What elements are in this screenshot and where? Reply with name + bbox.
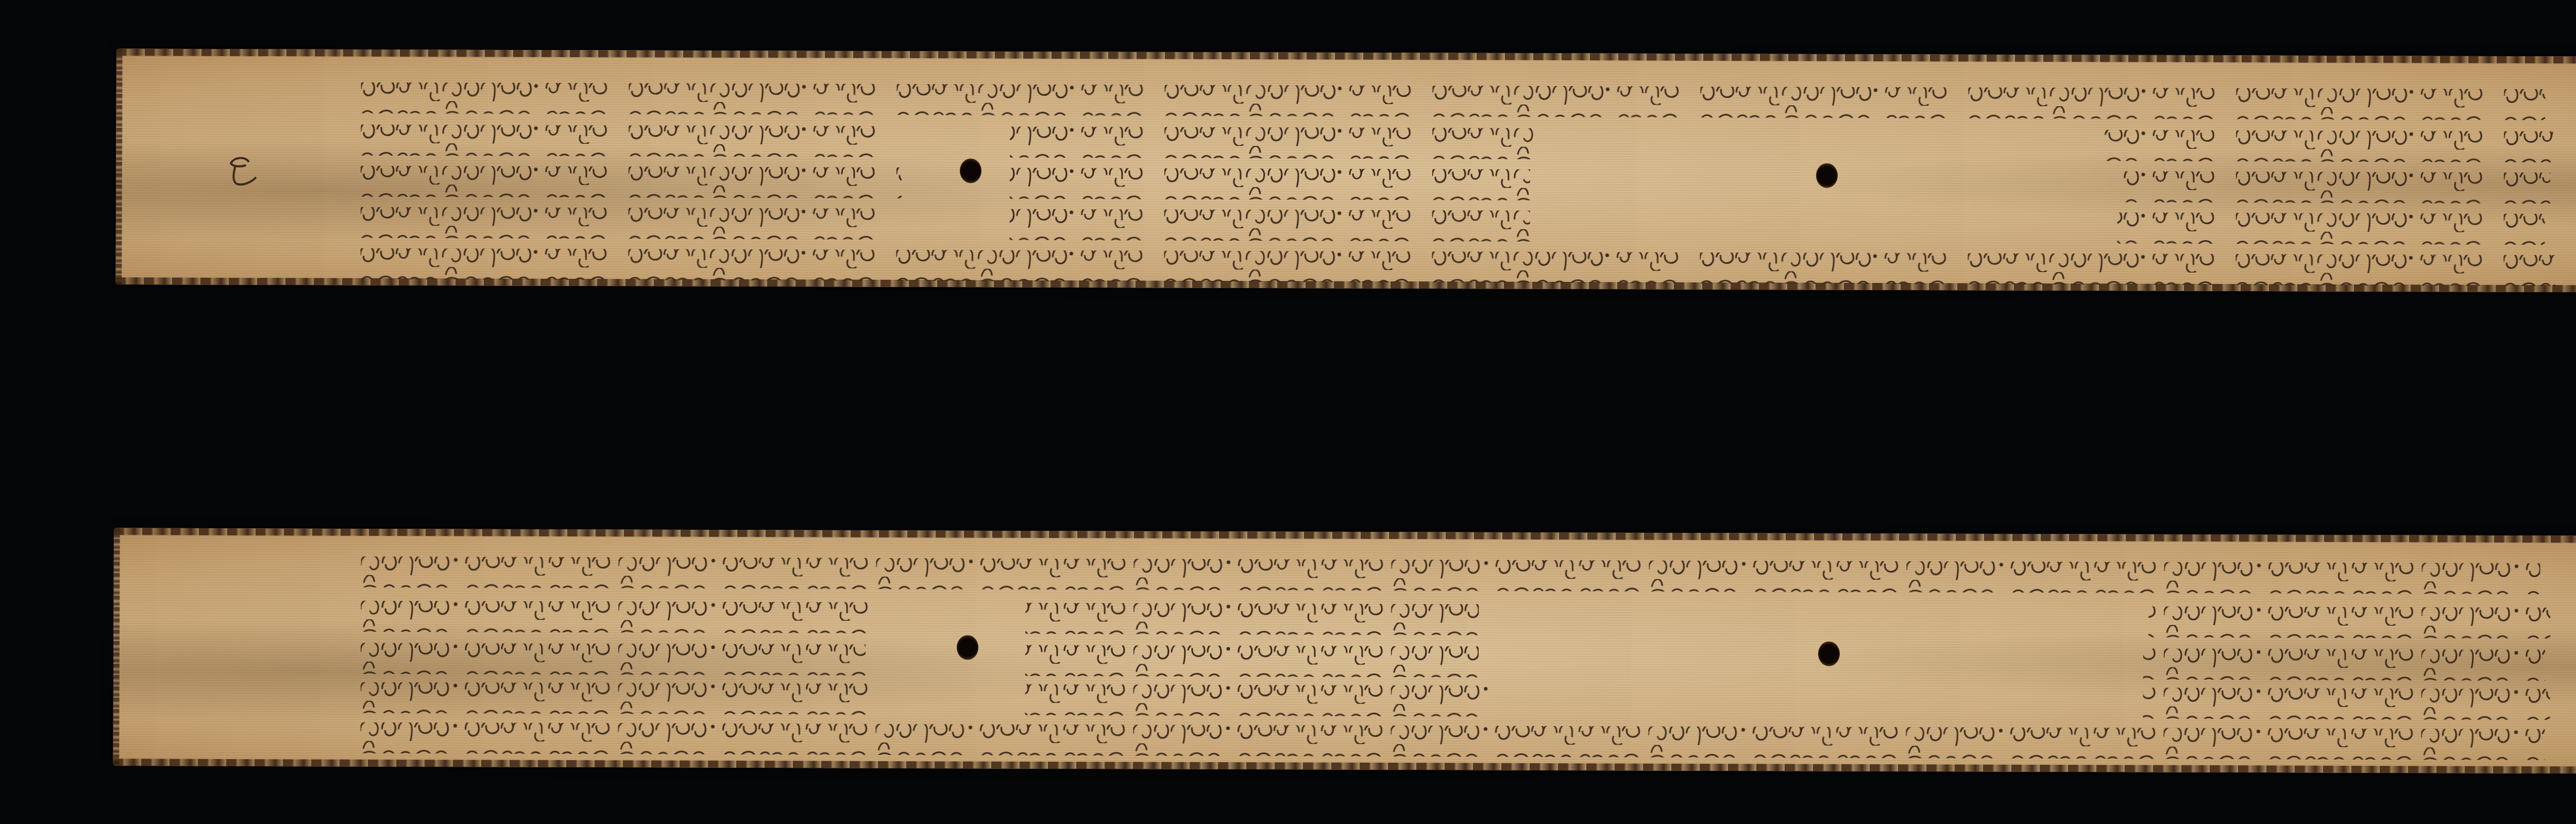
- palm-leaf-top: Palm leaf folio (upper): [115, 48, 2576, 293]
- script-text-block: [113, 528, 2576, 774]
- script-line-1: [361, 557, 2540, 594]
- palm-leaf-bottom: Palm leaf folio (lower): [113, 528, 2576, 774]
- binding-hole: [960, 158, 981, 183]
- binding-hole: [1816, 163, 1838, 188]
- script-line-3: [361, 643, 2545, 681]
- script-line-5: [360, 248, 2555, 286]
- script-text-block: [115, 48, 2576, 293]
- script-line-3: [361, 166, 2550, 204]
- script-line-5: [360, 722, 2545, 760]
- script-line-1: [361, 82, 2545, 120]
- binding-hole: [1818, 642, 1840, 666]
- script-line-4: [361, 207, 2545, 245]
- script-line-2: [361, 125, 2553, 162]
- script-line-4: [361, 682, 2550, 720]
- script-line-2: [361, 601, 2550, 638]
- binding-hole: [957, 635, 978, 660]
